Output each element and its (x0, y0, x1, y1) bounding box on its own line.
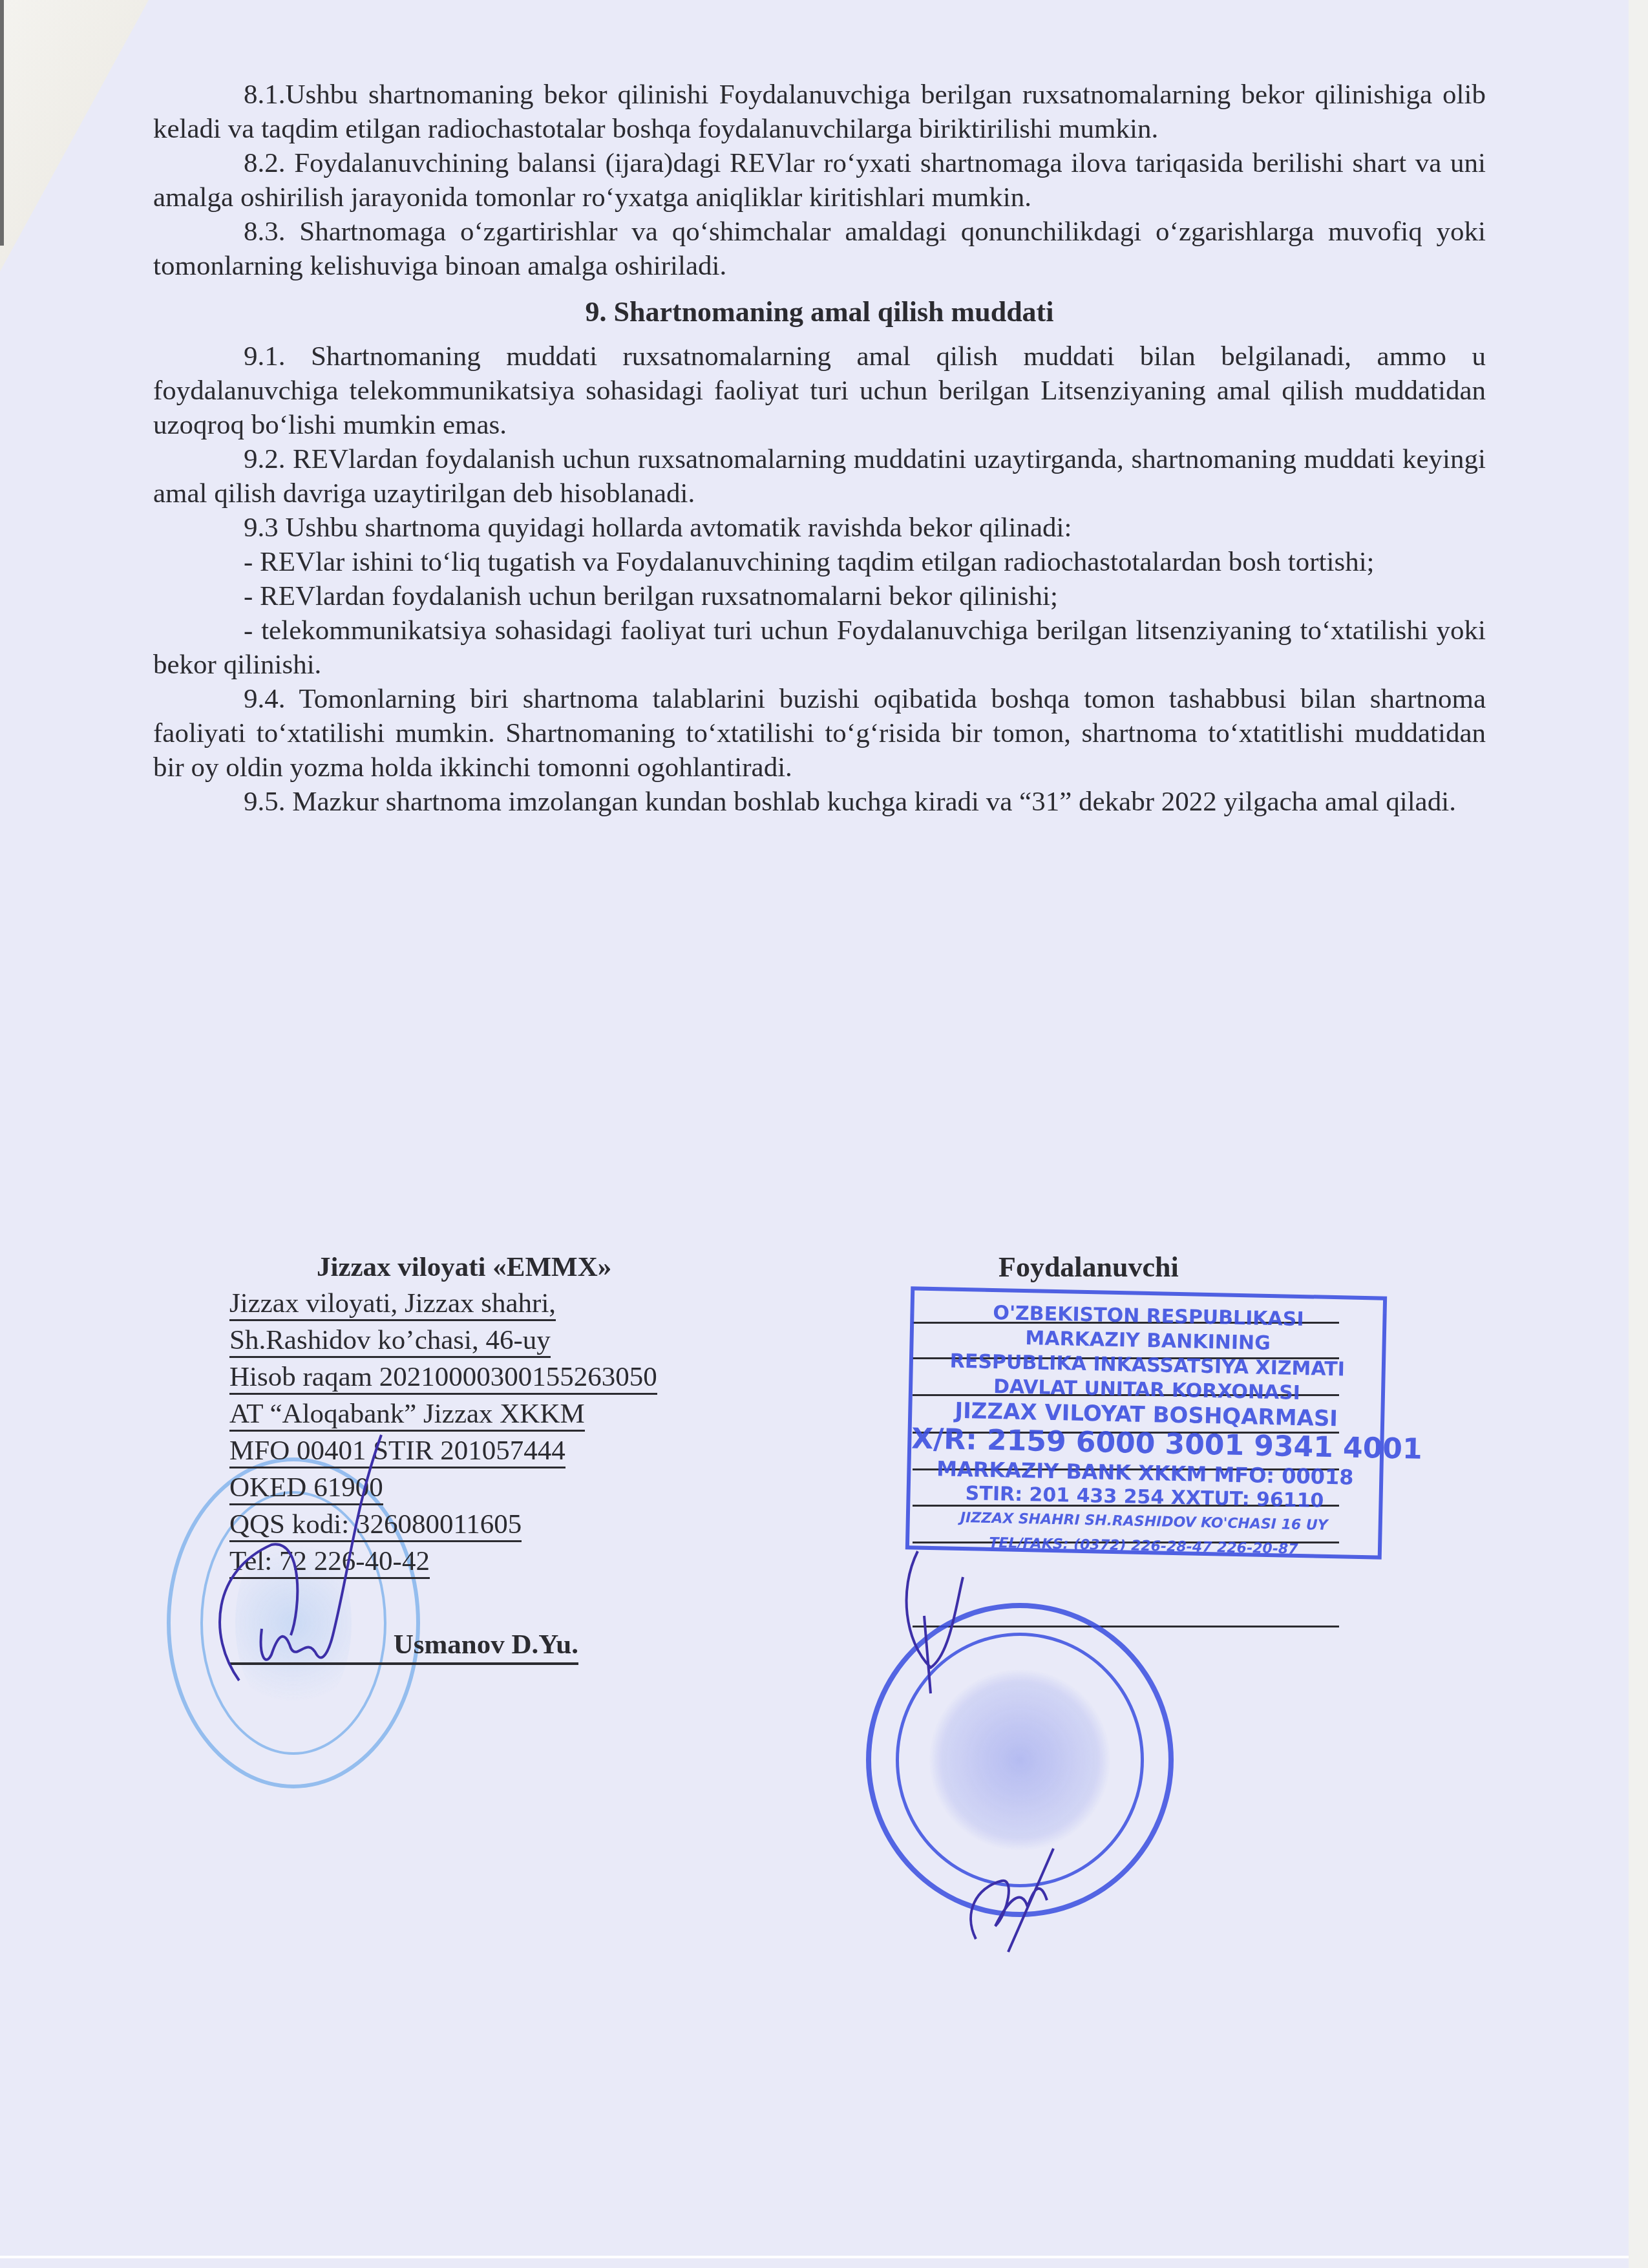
party-left-address-2: Sh.Rashidov ko’chasi, 46-uy (229, 1325, 551, 1358)
clause-8-3: 8.3. Shartnomaga o‘zgartirishlar va qo‘s… (153, 215, 1486, 283)
party-left-org: Jizzax viloyati «EMMX» (229, 1251, 657, 1284)
section-9-heading: 9. Shartnomaning amal qilish muddati (153, 295, 1486, 329)
clause-9-5: 9.5. Mazkur shartnoma imzolangan kundan … (153, 785, 1486, 819)
clause-8-2: 8.2. Foydalanuvchining balansi (ijara)da… (153, 146, 1486, 215)
party-left-account: Hisob raqam 20210000300155263050 (229, 1362, 657, 1395)
party-right-title: Foydalanuvchi (998, 1251, 1179, 1284)
contract-body: 8.1.Ushbu shartnomaning bekor qilinishi … (153, 78, 1486, 819)
handwritten-signature-left (194, 1441, 465, 1687)
party-left-address-1: Jizzax viloyati, Jizzax shahri, (229, 1288, 556, 1321)
scan-edge-bottom (0, 2256, 1629, 2258)
scan-border (0, 0, 4, 246)
handwritten-signature-right (879, 1538, 1073, 1965)
clause-8-1: 8.1.Ushbu shartnomaning bekor qilinishi … (153, 78, 1486, 146)
clause-9-2: 9.2. REVlardan foydalanish uchun ruxsatn… (153, 442, 1486, 511)
clause-9-3: 9.3 Ushbu shartnoma quyidagi hollarda av… (153, 511, 1486, 545)
clause-9-3-item-2: - REVlardan foydalanish uchun berilgan r… (153, 579, 1486, 613)
scan-edge (1629, 0, 1648, 2268)
clause-9-3-item-3: - telekommunikatsiya sohasidagi faoliyat… (153, 613, 1486, 682)
clause-9-3-item-1: - REVlar ishini to‘liq tugatish va Foyda… (153, 545, 1486, 579)
folded-corner (0, 0, 149, 271)
party-left-bank: AT “Aloqabank” Jizzax XKKM (229, 1399, 585, 1432)
clause-9-4: 9.4. Tomonlarning biri shartnoma talabla… (153, 682, 1486, 785)
clause-9-1: 9.1. Shartnomaning muddati ruxsatnomalar… (153, 339, 1486, 442)
rectangular-bank-stamp: O'ZBEKISTON RESPUBLIKASI MARKAZIY BANKIN… (905, 1286, 1387, 1559)
